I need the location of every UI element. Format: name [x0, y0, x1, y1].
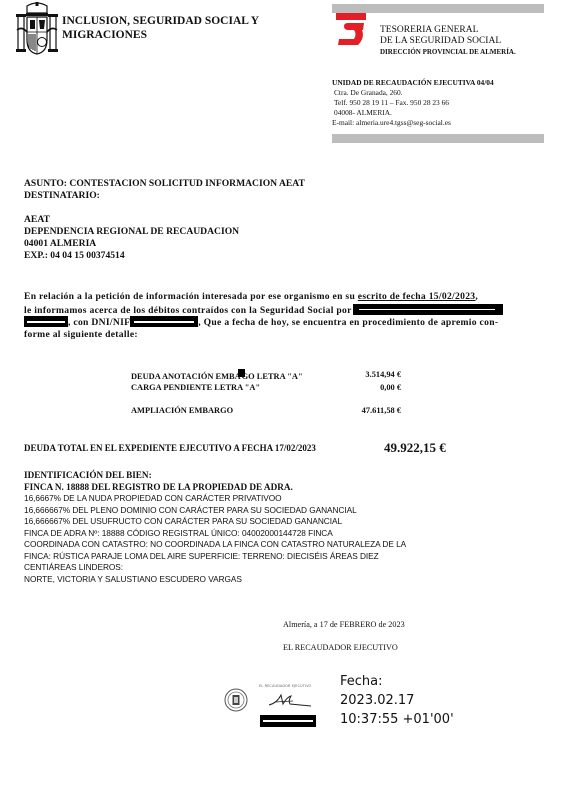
asset-line: 16,666667% DEL USUFRUCTO CON CARÁCTER PA…	[24, 516, 406, 528]
asset-line: CENTIÁREAS LINDEROS:	[24, 562, 406, 574]
paragraph-line-1: En relación a la petición de información…	[24, 291, 564, 304]
asset-line: 16,666667% DEL PLENO DOMINIO CON CARÁCTE…	[24, 505, 406, 517]
recipient-label: DESTINATARIO:	[24, 190, 305, 202]
asset-finca: FINCA N. 18888 DEL REGISTRO DE LA PROPIE…	[24, 482, 406, 494]
header-gray-bar-bottom	[332, 134, 544, 143]
asset-identification: IDENTIFICACIÓN DEL BIEN: FINCA N. 18888 …	[24, 470, 406, 585]
ministry-line-2: MIGRACIONES	[62, 28, 312, 42]
handwritten-signature-icon	[265, 691, 315, 709]
recipient-line-3: 04001 ALMERIA	[24, 238, 239, 250]
signer-title: EL RECAUDADOR EJECUTIVO	[283, 643, 398, 652]
redacted-name-part	[24, 316, 68, 327]
debt-row: DEUDA ANOTACIÓN EMBAGO LETRA "A" 3.514,9…	[131, 369, 401, 382]
redaction-line	[263, 720, 313, 722]
signature-caption: EL RECAUDADOR EJECUTIVO	[259, 684, 311, 688]
tgss-logo-icon	[334, 13, 368, 47]
unit-address-block: UNIDAD DE RECAUDACIÓN EJECUTIVA 04/04 Ct…	[332, 78, 494, 128]
tgss-line-1: TESORERIA GENERAL	[380, 25, 516, 36]
debt-amount: 47.611,58 €	[362, 405, 401, 416]
paragraph-text: En relación a la petición de información…	[24, 291, 358, 302]
total-debt-amount: 49.922,15 €	[384, 440, 446, 456]
recipient-block: AEAT DEPENDENCIA REGIONAL DE RECAUDACION…	[24, 214, 239, 262]
header-gray-bar-top	[332, 4, 544, 13]
subject-line: ASUNTO: CONTESTACION SOLICITUD INFORMACI…	[24, 178, 305, 190]
paragraph-text: ,	[475, 291, 478, 302]
tgss-line-2: DE LA SEGURIDAD SOCIAL	[380, 36, 516, 47]
recipient-line-2: DEPENDENCIA REGIONAL DE RECAUDACION	[24, 226, 239, 238]
debt-label: DEUDA ANOTACIÓN EMBAGO LETRA "A"	[131, 369, 303, 382]
ministry-name: INCLUSION, SEGURIDAD SOCIAL Y MIGRACIONE…	[62, 14, 312, 42]
unit-phone-fax: Telf. 950 28 19 11 – Fax. 950 28 23 66	[332, 98, 494, 108]
asset-heading: IDENTIFICACIÓN DEL BIEN:	[24, 470, 406, 482]
spain-coat-of-arms-icon	[16, 2, 58, 58]
debt-breakdown: DEUDA ANOTACIÓN EMBAGO LETRA "A" 3.514,9…	[131, 369, 401, 416]
debt-amount: 0,00 €	[380, 382, 401, 393]
unit-title: UNIDAD DE RECAUDACIÓN EJECUTIVA 04/04	[332, 78, 494, 88]
total-debt-label: DEUDA TOTAL EN EL EXPEDIENTE EJECUTIVO A…	[24, 443, 316, 453]
expedient-number: EXP.: 04 04 15 00374514	[24, 250, 239, 262]
debt-label: AMPLIACIÓN EMBARGO	[131, 405, 233, 416]
paragraph-text: , con DNI/NIF	[68, 317, 130, 328]
debt-row: CARGA PENDIENTE LETRA "A" 0,00 €	[131, 382, 401, 393]
paragraph-line-4: forme al siguiente detalle:	[24, 329, 564, 342]
paragraph-text: , Que a fecha de hoy, se encuentra en pr…	[198, 317, 498, 328]
debt-amount: 3.514,94 €	[365, 369, 401, 382]
debt-label: CARGA PENDIENTE LETRA "A"	[131, 382, 260, 393]
digital-signature-stamp: Fecha: 2023.02.17 10:37:55 +01'00'	[340, 672, 454, 729]
stamp-label: Fecha:	[340, 672, 454, 691]
paragraph-line-2: le informamos acerca de los débitos cont…	[24, 304, 564, 317]
ministry-line-1: INCLUSION, SEGURIDAD SOCIAL Y	[62, 14, 312, 28]
tgss-name: TESORERIA GENERAL DE LA SEGURIDAD SOCIAL…	[380, 25, 516, 58]
stamp-date: 2023.02.17	[340, 691, 454, 710]
debt-row: AMPLIACIÓN EMBARGO 47.611,58 €	[131, 405, 401, 416]
tgss-province: DIRECCIÓN PROVINCIAL DE ALMERÍA.	[380, 47, 516, 58]
unit-street: Ctra. De Granada, 260.	[332, 88, 494, 98]
official-seal-icon	[224, 688, 248, 712]
redacted-dni	[130, 316, 198, 327]
unit-email: E-mail: almeria.ure4.tgss@seg-social.es	[332, 118, 494, 128]
stamp-time: 10:37:55 +01'00'	[340, 710, 454, 729]
unit-postal: 04008- ALMERIA.	[332, 108, 494, 118]
paragraph-text: le informamos acerca de los débitos cont…	[24, 305, 352, 316]
asset-line: FINCA DE ADRA Nº: 18888 CÓDIGO REGISTRAL…	[24, 528, 406, 540]
asset-line: 16,6667% DE LA NUDA PROPIEDAD CON CARÁCT…	[24, 493, 406, 505]
place-and-date: Almería, a 17 de FEBRERO de 2023	[283, 620, 405, 629]
asset-line: COORDINADA CON CATASTRO: NO COORDINADA L…	[24, 539, 406, 551]
request-date: escrito de fecha 15/02/2023	[358, 291, 476, 302]
asset-line: NORTE, VICTORIA Y SALUSTIANO ESCUDERO VA…	[24, 574, 406, 586]
paragraph-line-3: , con DNI/NIF, Que a fecha de hoy, se en…	[24, 316, 564, 329]
recipient-line-1: AEAT	[24, 214, 239, 226]
body-paragraph: En relación a la petición de información…	[24, 291, 564, 341]
asset-line: FINCA: RÚSTICA PARAJE LOMA DEL AIRE SUPE…	[24, 551, 406, 563]
redacted-debtor-name	[353, 304, 503, 315]
subject-block: ASUNTO: CONTESTACION SOLICITUD INFORMACI…	[24, 178, 305, 202]
